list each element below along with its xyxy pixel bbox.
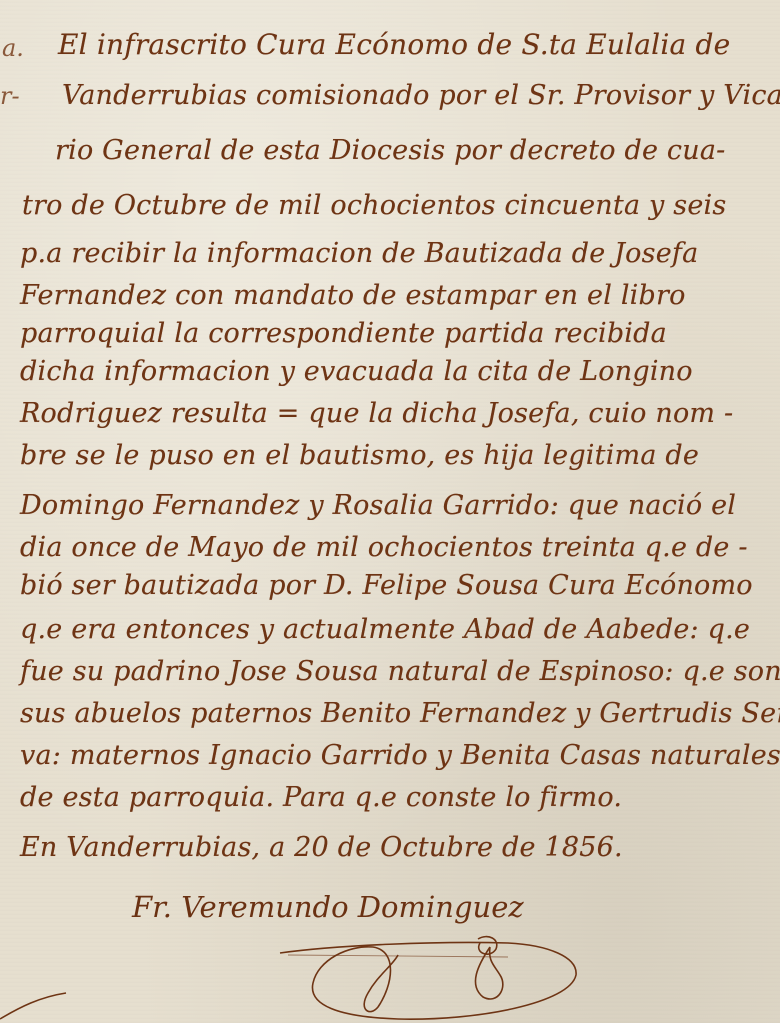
text-line: El infrascrito Cura Ecónomo de S.ta Eula… (58, 28, 730, 61)
date-line: En Vanderrubias, a 20 de Octubre de 1856… (20, 832, 623, 863)
manuscript-page: a. r- El infrascrito Cura Ecónomo de S.t… (0, 0, 780, 1023)
signature: Fr. Veremundo Dominguez (132, 890, 524, 924)
text-line: q.e era entonces y actualmente Abad de A… (20, 614, 750, 645)
text-line: p.a recibir la informacion de Bautizada … (20, 238, 698, 269)
text-line: dicha informacion y evacuada la cita de … (20, 356, 693, 387)
margin-stroke-icon (0, 985, 70, 1023)
text-line: fue su padrino Jose Sousa natural de Esp… (20, 656, 780, 687)
text-line: va: maternos Ignacio Garrido y Benita Ca… (20, 740, 780, 771)
text-line: Vanderrubias comisionado por el Sr. Prov… (62, 80, 780, 111)
text-line: rio General de esta Diocesis por decreto… (55, 135, 725, 166)
text-line: parroquial la correspondiente partida re… (20, 318, 667, 349)
text-line: Fernandez con mandato de estampar en el … (20, 280, 686, 311)
text-line: bre se le puso en el bautismo, es hija l… (20, 440, 699, 471)
signature-rubric-icon (278, 935, 588, 1023)
text-line: Domingo Fernandez y Rosalia Garrido: que… (20, 490, 736, 521)
text-line: de esta parroquia. Para q.e conste lo fi… (20, 782, 622, 813)
margin-fragment: r- (0, 82, 20, 110)
text-line: dia once de Mayo de mil ochocientos trei… (20, 532, 748, 563)
text-line: sus abuelos paternos Benito Fernandez y … (20, 698, 780, 729)
text-line: tro de Octubre de mil ochocientos cincue… (22, 190, 726, 221)
margin-fragment: a. (2, 34, 24, 62)
text-line: bió ser bautizada por D. Felipe Sousa Cu… (20, 570, 753, 601)
text-line: Rodriguez resulta = que la dicha Josefa,… (20, 398, 733, 429)
